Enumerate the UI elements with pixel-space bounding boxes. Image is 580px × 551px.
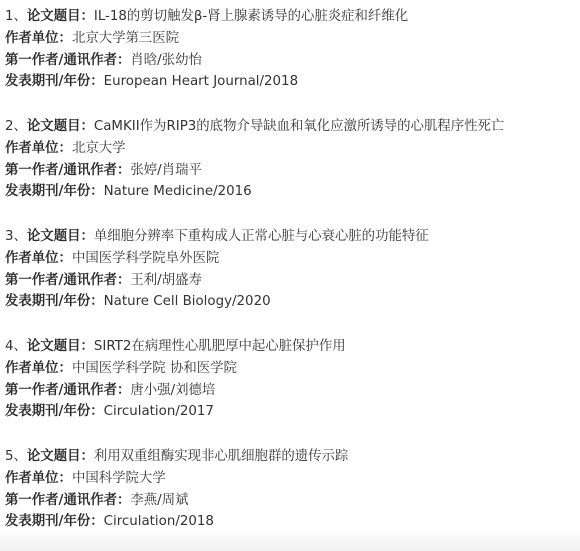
paper-index: 2、 [5,119,27,134]
affiliation-label: 作者单位： [5,141,72,156]
paper-title-line: 3、论文题目：单细胞分辨率下重构成人正常心脏与心衰心脏的功能特征 [5,226,580,248]
affiliation-value: 中国医学科学院阜外医院 [72,251,219,266]
affiliation-line: 作者单位：中国科学院大学 [5,468,580,490]
affiliation-value: 中国科学院大学 [72,471,166,486]
journal-label: 发表期刊/年份： [5,294,104,309]
journal-label: 发表期刊/年份： [5,74,104,89]
authors-line: 第一作者/通讯作者：唐小强/刘德培 [5,380,580,402]
title-label: 论文题目： [27,119,94,134]
affiliation-label: 作者单位： [5,361,72,376]
authors-line: 第一作者/通讯作者：李燕/周斌 [5,490,580,512]
journal-value: Circulation/2018 [104,514,214,529]
journal-value: Nature Medicine/2016 [104,184,252,199]
title-label: 论文题目： [27,9,94,24]
authors-label: 第一作者/通讯作者： [5,163,130,178]
affiliation-line: 作者单位：中国医学科学院 协和医学院 [5,358,580,380]
title-label: 论文题目： [27,229,94,244]
paper-entry-2: 2、论文题目：CaMKII作为RIP3的底物介导缺血和氧化应激所诱导的心肌程序性… [5,116,580,226]
authors-line: 第一作者/通讯作者：张婷/肖瑞平 [5,160,580,182]
authors-value: 唐小强/刘德培 [130,383,215,398]
paper-title-line: 4、论文题目：SIRT2在病理性心肌肥厚中起心脏保护作用 [5,336,580,358]
paper-title: SIRT2在病理性心肌肥厚中起心脏保护作用 [94,339,346,354]
authors-value: 王利/胡盛寿 [130,273,201,288]
paper-title-line: 5、论文题目：利用双重组酶实现非心肌细胞群的遗传示踪 [5,446,580,468]
paper-entry-1: 1、论文题目：IL-18的剪切触发β-肾上腺素诱导的心脏炎症和纤维化 作者单位：… [5,6,580,116]
journal-label: 发表期刊/年份： [5,404,104,419]
paper-list: 1、论文题目：IL-18的剪切触发β-肾上腺素诱导的心脏炎症和纤维化 作者单位：… [5,6,580,551]
journal-line: 发表期刊/年份：Nature Cell Biology/2020 [5,291,580,313]
authors-label: 第一作者/通讯作者： [5,53,130,68]
authors-label: 第一作者/通讯作者： [5,273,130,288]
journal-value: Nature Cell Biology/2020 [104,294,271,309]
authors-label: 第一作者/通讯作者： [5,493,130,508]
paper-title-line: 2、论文题目：CaMKII作为RIP3的底物介导缺血和氧化应激所诱导的心肌程序性… [5,116,580,138]
journal-line: 发表期刊/年份：European Heart Journal/2018 [5,71,580,93]
paper-title: IL-18的剪切触发β-肾上腺素诱导的心脏炎症和纤维化 [94,9,408,24]
journal-line: 发表期刊/年份：Nature Medicine/2016 [5,181,580,203]
affiliation-line: 作者单位：北京大学第三医院 [5,28,580,50]
journal-value: European Heart Journal/2018 [104,74,298,89]
journal-line: 发表期刊/年份：Circulation/2017 [5,401,580,423]
paper-index: 4、 [5,339,27,354]
journal-value: Circulation/2017 [104,404,214,419]
journal-label: 发表期刊/年份： [5,184,104,199]
affiliation-value: 北京大学第三医院 [72,31,179,46]
journal-label: 发表期刊/年份： [5,514,104,529]
paper-title: 利用双重组酶实现非心肌细胞群的遗传示踪 [94,449,348,464]
authors-value: 张婷/肖瑞平 [130,163,201,178]
authors-value: 李燕/周斌 [130,493,188,508]
paper-entry-3: 3、论文题目：单细胞分辨率下重构成人正常心脏与心衰心脏的功能特征 作者单位：中国… [5,226,580,336]
affiliation-label: 作者单位： [5,251,72,266]
authors-line: 第一作者/通讯作者：肖晗/张幼怡 [5,50,580,72]
paper-index: 1、 [5,9,27,24]
title-label: 论文题目： [27,339,94,354]
journal-line: 发表期刊/年份：Circulation/2018 [5,511,580,533]
affiliation-value: 中国医学科学院 协和医学院 [72,361,237,376]
affiliation-label: 作者单位： [5,31,72,46]
affiliation-line: 作者单位：北京大学 [5,138,580,160]
paper-title: 单细胞分辨率下重构成人正常心脏与心衰心脏的功能特征 [94,229,429,244]
paper-title: CaMKII作为RIP3的底物介导缺血和氧化应激所诱导的心肌程序性死亡 [94,119,504,134]
affiliation-label: 作者单位： [5,471,72,486]
paper-index: 3、 [5,229,27,244]
affiliation-line: 作者单位：中国医学科学院阜外医院 [5,248,580,270]
affiliation-value: 北京大学 [72,141,126,156]
paper-title-line: 1、论文题目：IL-18的剪切触发β-肾上腺素诱导的心脏炎症和纤维化 [5,6,580,28]
paper-index: 5、 [5,449,27,464]
authors-label: 第一作者/通讯作者： [5,383,130,398]
authors-value: 肖晗/张幼怡 [130,53,201,68]
title-label: 论文题目： [27,449,94,464]
paper-entry-4: 4、论文题目：SIRT2在病理性心肌肥厚中起心脏保护作用 作者单位：中国医学科学… [5,336,580,446]
bottom-fade-band [0,533,580,551]
authors-line: 第一作者/通讯作者：王利/胡盛寿 [5,270,580,292]
